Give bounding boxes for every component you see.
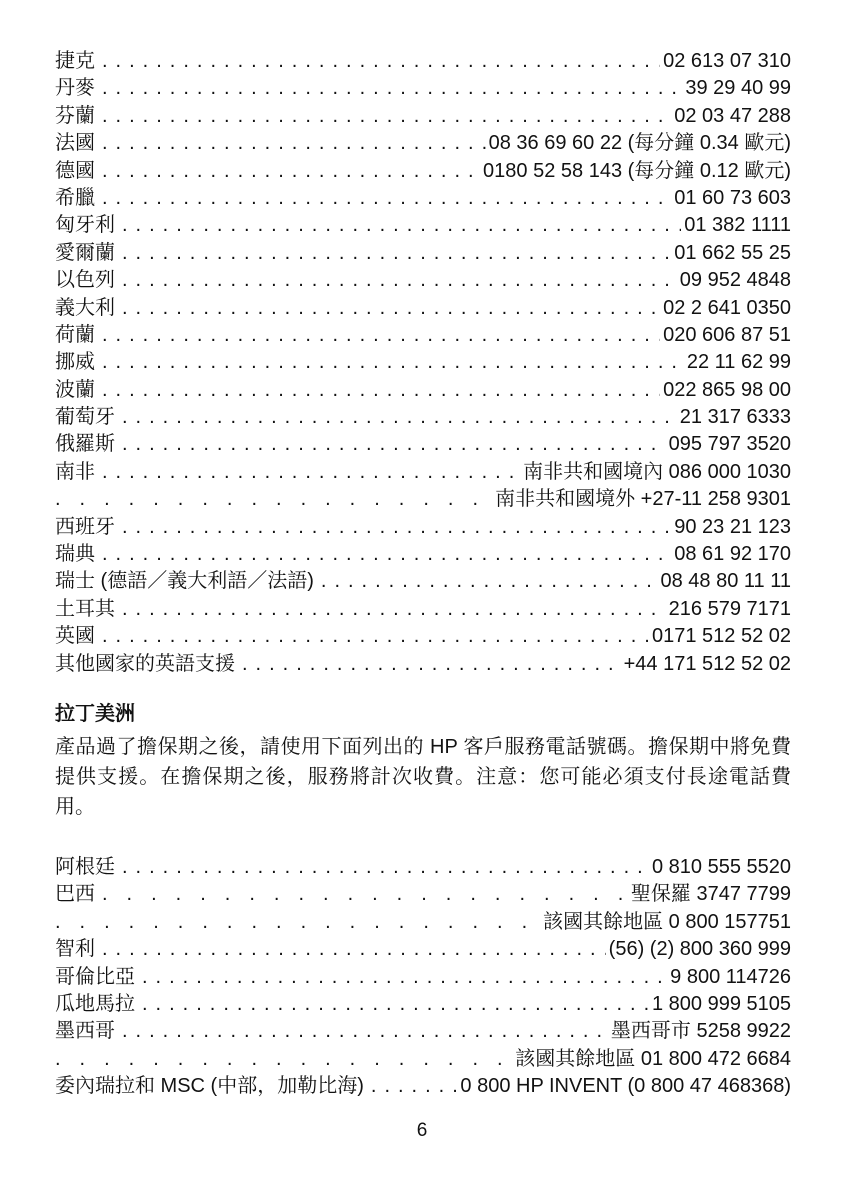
dot-leader xyxy=(102,105,671,128)
country-label: 以色列 xyxy=(55,263,115,292)
phone-row: 捷克02 613 07 310 xyxy=(55,44,791,71)
country-label: 匈牙利 xyxy=(55,208,115,237)
phone-row: 英國0171 512 52 02 xyxy=(55,619,791,646)
phone-row: 以色列09 952 4848 xyxy=(55,263,791,290)
country-label: 波蘭 xyxy=(55,373,95,402)
phone-row: 葡萄牙21 317 6333 xyxy=(55,400,791,427)
dot-leader xyxy=(321,570,658,593)
phone-number: 9 800 114726 xyxy=(670,966,791,989)
country-label: 瑞士 (德語／義大利語／法語) xyxy=(55,564,314,593)
phone-row: 其他國家的英語支援+44 171 512 52 02 xyxy=(55,647,791,674)
dot-leader xyxy=(55,911,540,934)
country-label: 挪威 xyxy=(55,345,95,374)
section-heading-latin-america: 拉丁美洲 xyxy=(55,674,791,728)
dot-leader xyxy=(102,160,480,183)
dot-leader xyxy=(102,543,671,566)
country-label: 芬蘭 xyxy=(55,99,95,128)
dot-leader xyxy=(371,1075,458,1098)
country-label: 其他國家的英語支援 xyxy=(55,647,235,676)
phone-number: 墨西哥市 5258 9922 xyxy=(611,1014,791,1043)
phone-row: 丹麥39 29 40 99 xyxy=(55,71,791,98)
phone-number: 01 60 73 603 xyxy=(674,187,791,210)
phone-row: 荷蘭020 606 87 51 xyxy=(55,318,791,345)
phone-number: 020 606 87 51 xyxy=(663,324,791,347)
dot-leader xyxy=(122,433,666,456)
dot-leader xyxy=(122,406,677,429)
phone-row: 智利(56) (2) 800 360 999 xyxy=(55,932,791,959)
phone-number: 02 03 47 288 xyxy=(674,105,791,128)
phone-number: 南非共和國境內 086 000 1030 xyxy=(523,455,791,484)
phone-number: 22 11 62 99 xyxy=(687,351,791,374)
phone-row: 希臘01 60 73 603 xyxy=(55,181,791,208)
country-label: 俄羅斯 xyxy=(55,427,115,456)
country-label: 南非 xyxy=(55,455,95,484)
phone-number: 39 29 40 99 xyxy=(685,77,791,100)
dot-leader xyxy=(122,1020,608,1043)
phone-row: 芬蘭02 03 47 288 xyxy=(55,99,791,126)
phone-row: 巴西聖保羅 3747 7799 xyxy=(55,877,791,904)
country-label: 巴西 xyxy=(55,877,95,906)
dot-leader xyxy=(102,324,660,347)
phone-row: 南非南非共和國境內 086 000 1030 xyxy=(55,455,791,482)
dot-leader xyxy=(122,598,666,621)
phone-number: 08 48 80 11 11 xyxy=(661,570,792,593)
phone-number: 90 23 21 123 xyxy=(674,516,791,539)
phone-number: 南非共和國境外 +27-11 258 9301 xyxy=(495,482,791,511)
phone-row: 委內瑞拉和 MSC (中部，加勒比海)0 800 HP INVENT (0 80… xyxy=(55,1069,791,1096)
phone-number: 聖保羅 3747 7799 xyxy=(631,877,791,906)
dot-leader xyxy=(102,132,486,155)
phone-number: 21 317 6333 xyxy=(680,406,791,429)
phone-row: 德國0180 52 58 143 (每分鐘 0.12 歐元) xyxy=(55,154,791,181)
country-label: 瑞典 xyxy=(55,537,95,566)
country-label: 西班牙 xyxy=(55,510,115,539)
country-label: 愛爾蘭 xyxy=(55,236,115,265)
phone-number: 02 2 641 0350 xyxy=(663,297,791,320)
phone-row-continuation: 該國其餘地區 0 800 157751 xyxy=(55,905,791,932)
phone-number: 09 952 4848 xyxy=(680,269,791,292)
country-label: 德國 xyxy=(55,154,95,183)
europe-phone-list: 捷克02 613 07 310 丹麥39 29 40 99 芬蘭02 03 47… xyxy=(55,44,791,674)
phone-row-continuation: 該國其餘地區 01 800 472 6684 xyxy=(55,1042,791,1069)
phone-number: 02 613 07 310 xyxy=(663,50,791,73)
country-label: 捷克 xyxy=(55,44,95,73)
phone-row: 瓜地馬拉1 800 999 5105 xyxy=(55,987,791,1014)
dot-leader xyxy=(102,379,660,402)
phone-number: (56) (2) 800 360 999 xyxy=(609,938,791,961)
dot-leader xyxy=(102,50,660,73)
country-label: 法國 xyxy=(55,126,95,155)
dot-leader xyxy=(102,187,671,210)
dot-leader xyxy=(122,297,660,320)
country-label: 阿根廷 xyxy=(55,850,115,879)
phone-number: 022 865 98 00 xyxy=(663,379,791,402)
dot-leader xyxy=(55,488,492,511)
phone-row-continuation: 南非共和國境外 +27-11 258 9301 xyxy=(55,482,791,509)
country-label: 墨西哥 xyxy=(55,1014,115,1043)
phone-row: 瑞典08 61 92 170 xyxy=(55,537,791,564)
dot-leader xyxy=(102,461,520,484)
phone-number: 該國其餘地區 0 800 157751 xyxy=(543,905,791,934)
dot-leader xyxy=(102,938,606,961)
latin-america-intro: 產品過了擔保期之後，請使用下面列出的 HP 客戶服務電話號碼。擔保期中將免費提供… xyxy=(55,732,791,822)
country-label: 土耳其 xyxy=(55,592,115,621)
country-label: 瓜地馬拉 xyxy=(55,987,135,1016)
phone-row: 俄羅斯095 797 3520 xyxy=(55,427,791,454)
phone-row: 瑞士 (德語／義大利語／法語)08 48 80 11 11 xyxy=(55,564,791,591)
phone-number: 該國其餘地區 01 800 472 6684 xyxy=(515,1042,791,1071)
dot-leader xyxy=(102,625,649,648)
phone-row: 挪威22 11 62 99 xyxy=(55,345,791,372)
phone-number: +44 171 512 52 02 xyxy=(624,653,791,676)
country-label: 英國 xyxy=(55,619,95,648)
country-label: 荷蘭 xyxy=(55,318,95,347)
dot-leader xyxy=(102,351,684,374)
phone-number: 08 36 69 60 22 (每分鐘 0.34 歐元) xyxy=(489,126,791,155)
dot-leader xyxy=(55,1048,512,1071)
dot-leader xyxy=(122,516,671,539)
phone-row: 義大利02 2 641 0350 xyxy=(55,291,791,318)
phone-row: 愛爾蘭01 662 55 25 xyxy=(55,236,791,263)
phone-row: 法國08 36 69 60 22 (每分鐘 0.34 歐元) xyxy=(55,126,791,153)
phone-row: 墨西哥墨西哥市 5258 9922 xyxy=(55,1014,791,1041)
phone-row: 阿根廷0 810 555 5520 xyxy=(55,850,791,877)
dot-leader xyxy=(102,883,628,906)
page-number: 6 xyxy=(0,1120,844,1142)
dot-leader xyxy=(122,242,671,265)
phone-number: 0171 512 52 02 xyxy=(652,625,791,648)
dot-leader xyxy=(122,856,649,879)
dot-leader xyxy=(102,77,682,100)
dot-leader xyxy=(142,966,667,989)
manual-page-content: 捷克02 613 07 310 丹麥39 29 40 99 芬蘭02 03 47… xyxy=(55,44,791,1097)
dot-leader xyxy=(122,269,677,292)
phone-number: 095 797 3520 xyxy=(669,433,791,456)
country-label: 義大利 xyxy=(55,291,115,320)
dot-leader xyxy=(142,993,649,1016)
phone-row: 波蘭022 865 98 00 xyxy=(55,373,791,400)
phone-number: 216 579 7171 xyxy=(669,598,791,621)
phone-number: 0 800 HP INVENT (0 800 47 468368) xyxy=(460,1075,791,1098)
phone-row: 西班牙90 23 21 123 xyxy=(55,510,791,537)
latin-america-phone-list: 阿根廷0 810 555 5520 巴西聖保羅 3747 7799 該國其餘地區… xyxy=(55,850,791,1097)
phone-number: 08 61 92 170 xyxy=(674,543,791,566)
phone-number: 0 810 555 5520 xyxy=(652,856,791,879)
phone-number: 1 800 999 5105 xyxy=(652,993,791,1016)
phone-number: 0180 52 58 143 (每分鐘 0.12 歐元) xyxy=(483,154,791,183)
phone-row: 匈牙利01 382 1111 xyxy=(55,208,791,235)
phone-row: 土耳其216 579 7171 xyxy=(55,592,791,619)
phone-row: 哥倫比亞9 800 114726 xyxy=(55,960,791,987)
country-label: 希臘 xyxy=(55,181,95,210)
dot-leader xyxy=(242,653,621,676)
phone-number: 01 662 55 25 xyxy=(674,242,791,265)
country-label: 智利 xyxy=(55,932,95,961)
country-label: 委內瑞拉和 MSC (中部，加勒比海) xyxy=(55,1069,364,1098)
country-label: 葡萄牙 xyxy=(55,400,115,429)
country-label: 哥倫比亞 xyxy=(55,960,135,989)
country-label: 丹麥 xyxy=(55,71,95,100)
phone-number: 01 382 1111 xyxy=(684,214,791,237)
dot-leader xyxy=(122,214,681,237)
